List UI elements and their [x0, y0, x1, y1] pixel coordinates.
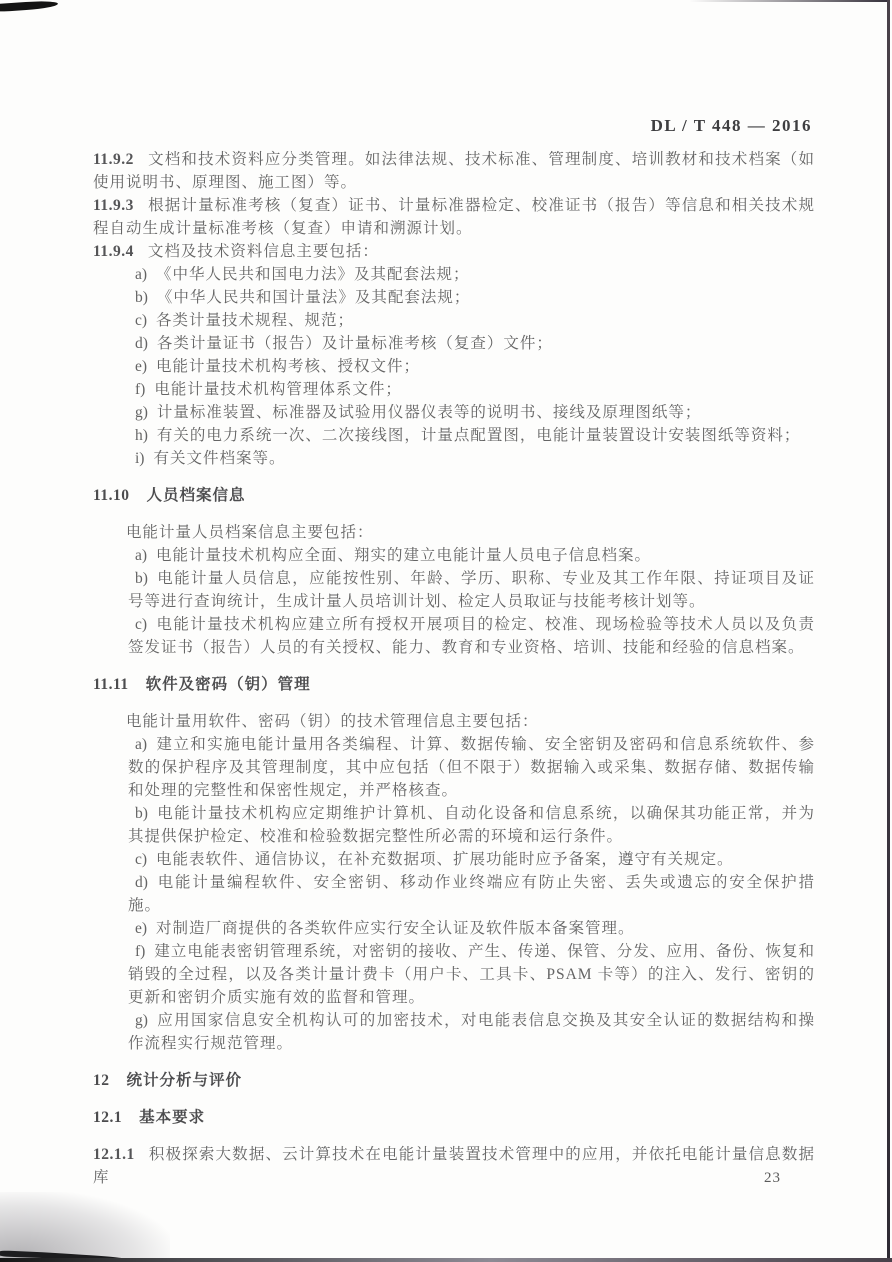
- list-item-text: 计量标准装置、标准器及试验用仪器仪表等的说明书、接线及原理图纸等；: [157, 404, 702, 421]
- list-item-label: h): [135, 427, 148, 444]
- list-item-text: 电能计量人员信息，应能按性别、年龄、学历、职称、专业及其工作年限、持证项目及证号…: [128, 570, 815, 610]
- list-item-label: c): [135, 616, 147, 633]
- list-item-label: b): [135, 805, 148, 822]
- clause-11.9.4: 11.9.4文档及技术资料信息主要包括：: [93, 240, 815, 263]
- intro-paragraph: 电能计量人员档案信息主要包括：: [93, 521, 815, 544]
- section-number: 12: [93, 1072, 110, 1089]
- list-item: c)电能计量技术机构应建立所有授权开展项目的检定、校准、现场检验等技术人员以及负…: [93, 613, 815, 659]
- list-item-text: 对制造厂商提供的各类软件应实行安全认证及软件版本备案管理。: [156, 920, 635, 937]
- lettered-list: a)电能计量技术机构应全面、翔实的建立电能计量人员电子信息档案。b)电能计量人员…: [93, 544, 815, 659]
- list-item-label: a): [135, 547, 147, 564]
- list-item-label: d): [135, 874, 148, 891]
- clause-11.9.2: 11.9.2文档和技术资料应分类管理。如法律法规、技术标准、管理制度、培训教材和…: [93, 148, 815, 194]
- list-item-text: 有关的电力系统一次、二次接线图，计量点配置图，电能计量装置设计安装图纸等资料；: [157, 427, 801, 444]
- list-item-label: d): [135, 335, 148, 352]
- section-title: 统计分析与评价: [127, 1072, 243, 1089]
- lettered-list: a)《中华人民共和国电力法》及其配套法规；b)《中华人民共和国计量法》及其配套法…: [93, 263, 815, 470]
- list-item-label: c): [135, 851, 147, 868]
- list-item-label: g): [135, 404, 148, 421]
- list-item-text: 各类计量技术规程、规范；: [156, 312, 354, 329]
- list-item-label: e): [135, 920, 147, 937]
- list-item: a)建立和实施电能计量用各类编程、计算、数据传输、安全密钥及密码和信息系统软件、…: [93, 733, 815, 802]
- list-item-label: g): [135, 1012, 148, 1029]
- list-item: i)有关文件档案等。: [93, 447, 815, 470]
- document-body: 11.9.2文档和技术资料应分类管理。如法律法规、技术标准、管理制度、培训教材和…: [93, 148, 815, 1189]
- list-item-label: c): [135, 312, 147, 329]
- list-item-text: 电能计量编程软件、安全密钥、移动作业终端应有防止失密、丢失或遗忘的安全保护措施。: [128, 874, 815, 914]
- list-item: b)电能计量人员信息，应能按性别、年龄、学历、职称、专业及其工作年限、持证项目及…: [93, 567, 815, 613]
- list-item-text: 电能计量技术机构应建立所有授权开展项目的检定、校准、现场检验等技术人员以及负责签…: [128, 616, 815, 656]
- section-heading-12: 12统计分析与评价: [93, 1069, 815, 1092]
- list-item-text: 电能计量技术机构应全面、翔实的建立电能计量人员电子信息档案。: [156, 547, 651, 564]
- scan-artifact-bottom-left-smudge: [0, 1192, 170, 1262]
- scan-artifact-bottom-left-streak: [0, 1250, 124, 1262]
- list-item: g)计量标准装置、标准器及试验用仪器仪表等的说明书、接线及原理图纸等；: [93, 401, 815, 424]
- section-title: 软件及密码（钥）管理: [146, 676, 311, 693]
- list-item: c)电能表软件、通信协议，在补充数据项、扩展功能时应予备案，遵守有关规定。: [93, 848, 815, 871]
- list-item: b)《中华人民共和国计量法》及其配套法规；: [93, 286, 815, 309]
- scan-artifact-top-edge-line: [689, 0, 889, 2]
- clause-text: 积极探索大数据、云计算技术在电能计量装置技术管理中的应用，并依托电能计量信息数据…: [93, 1146, 815, 1186]
- list-item: a)《中华人民共和国电力法》及其配套法规；: [93, 263, 815, 286]
- scan-artifact-bottom-edge-line: [0, 1258, 892, 1262]
- list-item-text: 建立和实施电能计量用各类编程、计算、数据传输、安全密钥及密码和信息系统软件、参数…: [128, 736, 815, 799]
- section-number: 11.9.2: [93, 151, 134, 168]
- list-item-text: 《中华人民共和国计量法》及其配套法规；: [157, 289, 471, 306]
- list-item: f)电能计量技术机构管理体系文件；: [93, 378, 815, 401]
- list-item-text: 建立电能表密钥管理系统，对密钥的接收、产生、传递、保管、分发、应用、备份、恢复和…: [128, 943, 815, 1006]
- list-item-text: 电能表软件、通信协议，在补充数据项、扩展功能时应予备案，遵守有关规定。: [156, 851, 734, 868]
- list-item-label: a): [135, 736, 147, 753]
- section-number: 11.10: [93, 487, 130, 504]
- clause-text: 根据计量标准考核（复查）证书、计量标准器检定、校准证书（报告）等信息和相关技术规…: [93, 197, 815, 237]
- list-item-label: i): [135, 450, 144, 467]
- list-item: b)电能计量技术机构应定期维护计算机、自动化设备和信息系统，以确保其功能正常，并…: [93, 802, 815, 848]
- list-item-label: e): [135, 358, 147, 375]
- section-number: 11.9.3: [93, 197, 134, 214]
- list-item-text: 应用国家信息安全机构认可的加密技术，对电能表信息交换及其安全认证的数据结构和操作…: [128, 1012, 815, 1052]
- scan-artifact-right-edge-line: [887, 0, 890, 1262]
- list-item: e)对制造厂商提供的各类软件应实行安全认证及软件版本备案管理。: [93, 917, 815, 940]
- section-number: 12.1.1: [93, 1146, 135, 1163]
- list-item-label: a): [135, 266, 147, 283]
- list-item: a)电能计量技术机构应全面、翔实的建立电能计量人员电子信息档案。: [93, 544, 815, 567]
- clause-text: 文档及技术资料信息主要包括：: [148, 243, 379, 260]
- list-item-label: f): [135, 381, 145, 398]
- list-item: d)电能计量编程软件、安全密钥、移动作业终端应有防止失密、丢失或遗忘的安全保护措…: [93, 871, 815, 917]
- document-standard-number: DL / T 448 — 2016: [651, 116, 812, 136]
- list-item-text: 电能计量技术机构应定期维护计算机、自动化设备和信息系统，以确保其功能正常，并为其…: [128, 805, 815, 845]
- list-item-text: 各类计量证书（报告）及计量标准考核（复查）文件；: [157, 335, 553, 352]
- section-number: 11.9.4: [93, 243, 134, 260]
- list-item: e)电能计量技术机构考核、授权文件；: [93, 355, 815, 378]
- list-item: f)建立电能表密钥管理系统，对密钥的接收、产生、传递、保管、分发、应用、备份、恢…: [93, 940, 815, 1009]
- lettered-list: a)建立和实施电能计量用各类编程、计算、数据传输、安全密钥及密码和信息系统软件、…: [93, 733, 815, 1055]
- list-item-text: 电能计量技术机构管理体系文件；: [154, 381, 402, 398]
- list-item-label: b): [135, 570, 148, 587]
- section-heading-11.11: 11.11软件及密码（钥）管理: [93, 673, 815, 696]
- scanned-document-page: DL / T 448 — 2016 11.9.2文档和技术资料应分类管理。如法律…: [0, 0, 892, 1262]
- page-number: 23: [764, 1170, 781, 1187]
- list-item-text: 电能计量技术机构考核、授权文件；: [156, 358, 420, 375]
- list-item: d)各类计量证书（报告）及计量标准考核（复查）文件；: [93, 332, 815, 355]
- list-item: g)应用国家信息安全机构认可的加密技术，对电能表信息交换及其安全认证的数据结构和…: [93, 1009, 815, 1055]
- section-heading-12.1: 12.1基本要求: [93, 1106, 815, 1129]
- section-title: 人员档案信息: [147, 487, 246, 504]
- clause-11.9.3: 11.9.3根据计量标准考核（复查）证书、计量标准器检定、校准证书（报告）等信息…: [93, 194, 815, 240]
- clause-text: 文档和技术资料应分类管理。如法律法规、技术标准、管理制度、培训教材和技术档案（如…: [93, 151, 815, 191]
- section-number: 11.11: [93, 676, 129, 693]
- scan-artifact-top-left-mark: [0, 0, 58, 12]
- list-item-label: f): [135, 943, 145, 960]
- list-item-text: 有关文件档案等。: [153, 450, 285, 467]
- list-item: c)各类计量技术规程、规范；: [93, 309, 815, 332]
- intro-paragraph: 电能计量用软件、密码（钥）的技术管理信息主要包括：: [93, 710, 815, 733]
- list-item-text: 《中华人民共和国电力法》及其配套法规；: [156, 266, 470, 283]
- clause-12.1.1: 12.1.1积极探索大数据、云计算技术在电能计量装置技术管理中的应用，并依托电能…: [93, 1143, 815, 1189]
- section-heading-11.10: 11.10人员档案信息: [93, 484, 815, 507]
- list-item: h)有关的电力系统一次、二次接线图，计量点配置图，电能计量装置设计安装图纸等资料…: [93, 424, 815, 447]
- section-title: 基本要求: [139, 1109, 205, 1126]
- list-item-label: b): [135, 289, 148, 306]
- section-number: 12.1: [93, 1109, 122, 1126]
